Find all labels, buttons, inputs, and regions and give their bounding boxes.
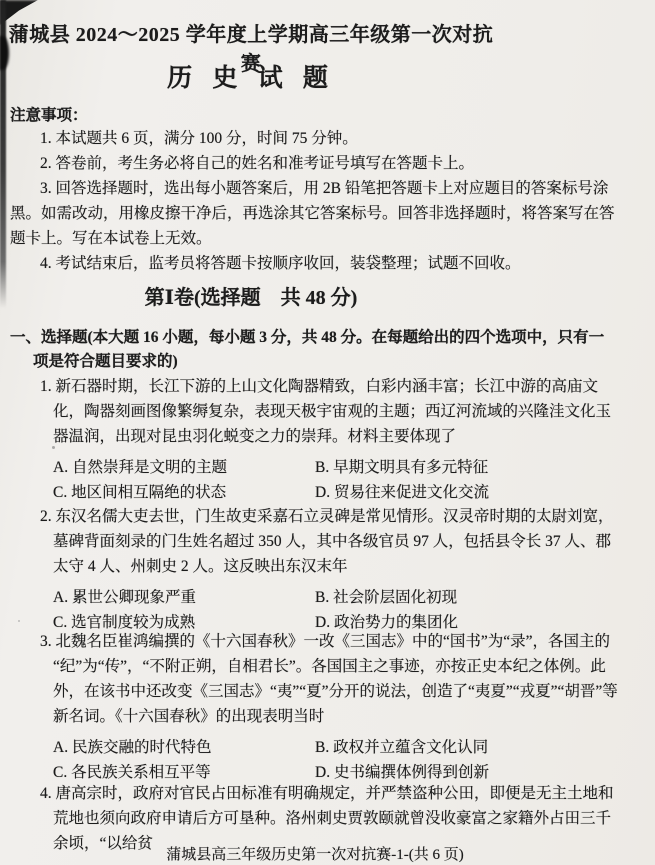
question-1: 1. 新石器时期，长江下游的上山文化陶器精致，白彩内涵丰富；长江中游的高庙文化，… <box>0 374 618 505</box>
notice-item-1: 1. 本试题共 6 页，满分 100 分，时间 75 分钟。 <box>10 126 618 151</box>
question-3-options: A. 民族交融的时代特色 B. 政权并立蕴含文化认同 C. 各民族关系相互平等 … <box>0 735 618 785</box>
subject-title: 历 史 试 题 <box>0 58 502 94</box>
exam-paper-page: 蒲城县 2024～2025 学年度上学期高三年级第一次对抗赛 历 史 试 题 注… <box>0 0 655 865</box>
page-footer: 蒲城县高三年级历史第一次对抗赛-1-(共 6 页) <box>0 843 630 864</box>
notice-heading: 注意事项： <box>10 103 88 125</box>
question-2-stem: 2. 东汉名儒大吏去世，门生故吏采嘉石立灵碑是常见情形。汉灵帝时期的太尉刘宽，墓… <box>53 504 618 579</box>
question-2: 2. 东汉名儒大吏去世，门生故吏采嘉石立灵碑是常见情形。汉灵帝时期的太尉刘宽，墓… <box>0 504 618 635</box>
question-3-stem: 3. 北魏名臣崔鸿编撰的《十六国春秋》一改《三国志》中的“国书”为“录”，各国主… <box>53 629 618 729</box>
notice-item-4: 4. 考试结束后，监考员将答题卡按顺序收回，装袋整理；试题不回收。 <box>10 251 618 276</box>
question-2-options: A. 累世公卿现象严重 B. 社会阶层固化初现 C. 选官制度较为成熟 D. 政… <box>0 585 618 635</box>
multiple-choice-instructions: 一、选择题(本大题 16 小题，每小题 3 分，共 48 分。在每题给出的四个选… <box>10 326 618 374</box>
question-3-option-a: A. 民族交融的时代特色 <box>53 735 315 760</box>
section-1-heading: 第Ⅰ卷(选择题 共 48 分) <box>0 281 502 310</box>
notice-list: 1. 本试题共 6 页，满分 100 分，时间 75 分钟。 2. 答卷前，考生… <box>10 126 618 276</box>
notice-item-2: 2. 答卷前，考生务必将自己的姓名和准考证号填写在答题卡上。 <box>10 151 618 176</box>
notice-item-3: 3. 回答选择题时，选出每小题答案后，用 2B 铅笔把答题卡上对应题目的答案标号… <box>10 176 618 251</box>
question-1-option-b: B. 早期文明具有多元特征 <box>315 455 618 480</box>
question-4-number: 4. <box>40 785 56 802</box>
question-1-option-c: C. 地区间相互隔绝的状态 <box>53 480 315 505</box>
question-3-option-b: B. 政权并立蕴含文化认同 <box>315 735 618 760</box>
question-3: 3. 北魏名臣崔鸿编撰的《十六国春秋》一改《三国志》中的“国书”为“录”，各国主… <box>0 629 618 785</box>
question-3-number: 3. <box>40 633 56 650</box>
question-1-options: A. 自然崇拜是文明的主题 B. 早期文明具有多元特征 C. 地区间相互隔绝的状… <box>0 455 618 505</box>
question-1-number: 1. <box>40 378 56 395</box>
question-2-option-b: B. 社会阶层固化初现 <box>315 585 618 610</box>
question-1-option-a: A. 自然崇拜是文明的主题 <box>53 455 315 480</box>
question-2-number: 2. <box>40 508 56 525</box>
question-2-option-a: A. 累世公卿现象严重 <box>53 585 315 610</box>
question-1-option-d: D. 贸易往来促进文化交流 <box>315 480 618 505</box>
question-1-stem: 1. 新石器时期，长江下游的上山文化陶器精致，白彩内涵丰富；长江中游的高庙文化，… <box>53 374 618 449</box>
